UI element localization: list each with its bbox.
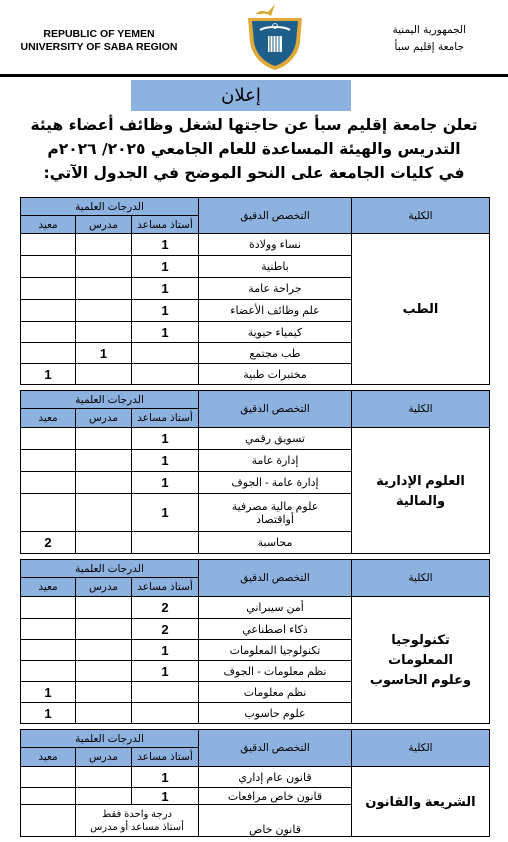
lect-cell (76, 661, 132, 682)
english-letterhead: REPUBLIC OF YEMEN UNIVERSITY OF SABA REG… (14, 28, 184, 54)
ar-university: جامعة إقليم سبأ (392, 39, 466, 56)
col-lecturer: مدرس (76, 748, 132, 767)
col-specialization: التخصص الدقيق (199, 391, 352, 428)
en-country: REPUBLIC OF YEMEN (14, 28, 184, 41)
col-tutor: معيد (21, 409, 76, 428)
spec-cell: طب مجتمع (199, 343, 352, 364)
spec-cell: قانون خاص (199, 805, 352, 837)
asst-cell (132, 703, 199, 724)
tutor-cell (21, 428, 76, 450)
intro-line-2: التدريس والهيئة المساعدة للعام الجامعي ٢… (20, 137, 488, 161)
lect-cell (76, 494, 132, 532)
lect-cell (76, 428, 132, 450)
asst-cell: 2 (132, 619, 199, 640)
lect-cell (76, 788, 132, 805)
tutor-cell (21, 278, 76, 300)
asst-cell: 1 (132, 472, 199, 494)
col-faculty: الكلية (352, 560, 490, 597)
faculty-cell: الطب (352, 234, 490, 385)
intro-line-3: في كليات الجامعة على النحو الموضح في الج… (20, 161, 488, 185)
arabic-letterhead: الجمهورية اليمنية جامعة إقليم سبأ (392, 22, 466, 56)
col-faculty: الكلية (352, 198, 490, 234)
col-degrees: الدرجات العلمية (21, 198, 199, 216)
tutor-cell: 2 (21, 532, 76, 554)
spec-cell: جراحة عامة (199, 278, 352, 300)
tutor-cell (21, 767, 76, 788)
col-assistant-professor: أستاذ مساعد (132, 578, 199, 597)
asst-cell: 1 (132, 640, 199, 661)
vacancies-table-admin-finance: الكلية التخصص الدقيق الدرجات العلمية أست… (20, 390, 490, 554)
university-shield-logo-icon (244, 2, 306, 72)
lect-cell (76, 619, 132, 640)
asst-cell (132, 532, 199, 554)
announcement-title: إعلان (131, 80, 351, 111)
tutor-cell: 1 (21, 364, 76, 385)
lect-cell (76, 300, 132, 322)
letterhead: REPUBLIC OF YEMEN UNIVERSITY OF SABA REG… (0, 0, 508, 78)
asst-cell: 1 (132, 256, 199, 278)
lect-cell (76, 472, 132, 494)
tutor-cell (21, 300, 76, 322)
spec-cell: تكنولوجيا المعلومات (199, 640, 352, 661)
spec-cell: علم وظائف الأعضاء (199, 300, 352, 322)
en-university: UNIVERSITY OF SABA REGION (14, 41, 184, 54)
asst-cell (132, 682, 199, 703)
spec-cell: علوم مالية مصرفية أواقتصاد (199, 494, 352, 532)
spec-cell: تسويق رقمي (199, 428, 352, 450)
asst-cell (132, 364, 199, 385)
col-assistant-professor: أستاذ مساعد (132, 409, 199, 428)
tutor-cell (21, 640, 76, 661)
spec-cell: نظم معلومات (199, 682, 352, 703)
lect-cell (76, 234, 132, 256)
col-tutor: معيد (21, 216, 76, 234)
col-assistant-professor: أستاذ مساعد (132, 216, 199, 234)
tutor-cell: 1 (21, 682, 76, 703)
table-row: تكنولوجيا المعلومات وعلوم الحاسوب أمن سي… (21, 597, 490, 619)
vacancies-table-medicine: الكلية التخصص الدقيق الدرجات العلمية أست… (20, 197, 490, 385)
announcement-intro: تعلن جامعة إقليم سبأ عن حاجتها لشغل وظائ… (20, 113, 488, 185)
spec-cell: علوم حاسوب (199, 703, 352, 724)
intro-line-1: تعلن جامعة إقليم سبأ عن حاجتها لشغل وظائ… (20, 113, 488, 137)
col-tutor: معيد (21, 578, 76, 597)
col-faculty: الكلية (352, 730, 490, 767)
spec-cell: قانون عام إداري (199, 767, 352, 788)
asst-cell: 1 (132, 661, 199, 682)
spec-cell: باطنية (199, 256, 352, 278)
spec-cell: مختبرات طبية (199, 364, 352, 385)
lect-cell (76, 364, 132, 385)
col-lecturer: مدرس (76, 216, 132, 234)
spec-cell: أمن سيبراني (199, 597, 352, 619)
tutor-cell (21, 597, 76, 619)
lect-cell (76, 597, 132, 619)
tutor-cell (21, 619, 76, 640)
vacancies-table-sharia-law: الكلية التخصص الدقيق الدرجات العلمية أست… (20, 729, 490, 837)
faculty-cell: تكنولوجيا المعلومات وعلوم الحاسوب (352, 597, 490, 724)
tutor-cell (21, 234, 76, 256)
asst-cell: 2 (132, 597, 199, 619)
vacancies-table-it-cs: الكلية التخصص الدقيق الدرجات العلمية أست… (20, 559, 490, 724)
spec-cell: إدارة عامة (199, 450, 352, 472)
spec-cell: نساء وولادة (199, 234, 352, 256)
asst-cell: 1 (132, 278, 199, 300)
note-line-1: درجة واحدة فقط (76, 808, 198, 821)
asst-cell: 1 (132, 767, 199, 788)
lect-cell (76, 767, 132, 788)
lect-cell (76, 703, 132, 724)
header-divider (0, 74, 508, 77)
lect-cell: 1 (76, 343, 132, 364)
asst-cell: 1 (132, 234, 199, 256)
col-lecturer: مدرس (76, 409, 132, 428)
col-tutor: معيد (21, 748, 76, 767)
lect-cell (76, 450, 132, 472)
faculty-cell: الشريعة والقانون (352, 767, 490, 837)
col-faculty: الكلية (352, 391, 490, 428)
tutor-cell: 1 (21, 703, 76, 724)
tutor-cell (21, 450, 76, 472)
col-lecturer: مدرس (76, 578, 132, 597)
col-assistant-professor: أستاذ مساعد (132, 748, 199, 767)
tutor-cell (21, 788, 76, 805)
tutor-cell (21, 256, 76, 278)
tutor-cell (21, 494, 76, 532)
note-line-2: أستاذ مساعد أو مدرس (76, 821, 198, 834)
ar-country: الجمهورية اليمنية (392, 22, 466, 39)
spec-cell: كيمياء حيوية (199, 322, 352, 343)
asst-cell: 1 (132, 322, 199, 343)
tutor-cell (21, 805, 76, 837)
lect-cell (76, 278, 132, 300)
col-specialization: التخصص الدقيق (199, 560, 352, 597)
lect-cell (76, 640, 132, 661)
note-cell: درجة واحدة فقط أستاذ مساعد أو مدرس (76, 805, 199, 837)
col-degrees: الدرجات العلمية (21, 560, 199, 578)
spec-cell: محاسبة (199, 532, 352, 554)
tutor-cell (21, 322, 76, 343)
lect-cell (76, 532, 132, 554)
asst-cell: 1 (132, 788, 199, 805)
lect-cell (76, 322, 132, 343)
faculty-cell: العلوم الإدارية والمالية (352, 428, 490, 554)
spec-cell: قانون خاص مرافعات (199, 788, 352, 805)
col-degrees: الدرجات العلمية (21, 391, 199, 409)
col-degrees: الدرجات العلمية (21, 730, 199, 748)
lect-cell (76, 256, 132, 278)
table-row: العلوم الإدارية والمالية تسويق رقمي 1 (21, 428, 490, 450)
col-specialization: التخصص الدقيق (199, 730, 352, 767)
spec-cell: إدارة عامة - الجوف (199, 472, 352, 494)
tutor-cell (21, 472, 76, 494)
spec-cell: نظم معلومات - الجوف (199, 661, 352, 682)
asst-cell: 1 (132, 300, 199, 322)
asst-cell: 1 (132, 428, 199, 450)
col-specialization: التخصص الدقيق (199, 198, 352, 234)
spec-cell: ذكاء اصطناعي (199, 619, 352, 640)
table-row: الشريعة والقانون قانون عام إداري 1 (21, 767, 490, 788)
asst-cell: 1 (132, 494, 199, 532)
asst-cell: 1 (132, 450, 199, 472)
table-row: الطب نساء وولادة 1 (21, 234, 490, 256)
tutor-cell (21, 343, 76, 364)
lect-cell (76, 682, 132, 703)
tutor-cell (21, 661, 76, 682)
asst-cell (132, 343, 199, 364)
